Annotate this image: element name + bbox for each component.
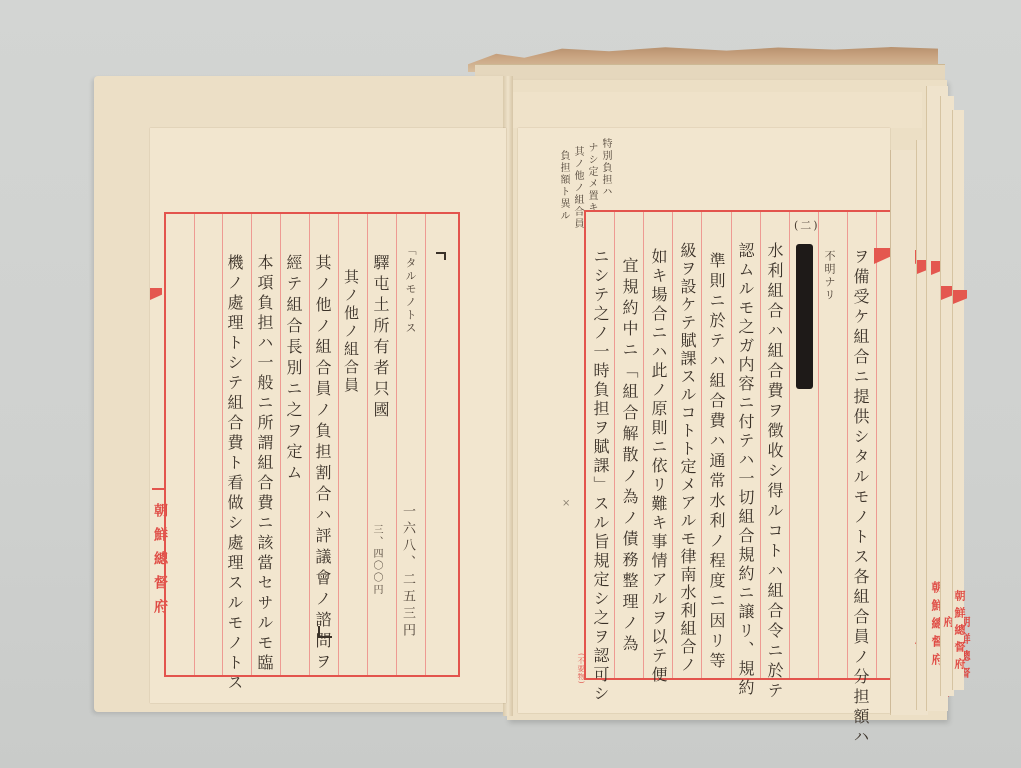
right-ruled-frame: ヲ備受ケ組合ニ提供シタルモノトス各組合員ノ分担額ハ 不明ナリ (二) 水利組合ハ… [584, 210, 890, 680]
amount-first: 一六八、二五三円 [401, 504, 414, 640]
column-rule [309, 214, 310, 675]
text-column-5: 經テ組合長別ニ之ヲ定ム [285, 254, 301, 485]
column-rule [731, 212, 732, 678]
column-rule [367, 214, 368, 675]
column-rule [847, 212, 848, 678]
column-rule [876, 212, 877, 678]
column-rule [760, 212, 761, 678]
text-column-9: ニシテ之ノ一時負担ヲ賦課」スル旨規定シ之ヲ認可シ [592, 248, 608, 704]
column-rule [396, 214, 397, 675]
column-rule [614, 212, 615, 678]
column-rule [789, 212, 790, 678]
column-rule [338, 214, 339, 675]
text-column-6: 本項負担ハ一般ニ所謂組合費ニ該當セサルモ臨 [256, 254, 272, 674]
column-rule [701, 212, 702, 678]
opening-bracket-mark [436, 252, 446, 260]
red-corner-tab [150, 288, 162, 300]
red-corner-tab [953, 290, 967, 304]
text-column-5: 準則ニ於テハ組合費ハ通常水利ノ程度ニ因リ等 [708, 252, 724, 672]
closing-bracket-mark [318, 626, 332, 638]
text-column-8: 宜規約中ニ「組合解散ノ為ノ債務整理ノ為 [621, 257, 637, 656]
right-sheet: 特別負担ハ ナシ定メ置キ 其ノ他ノ組合員 負担額ト異ル × (不要物) ヲ備受ケ… [518, 128, 890, 713]
marginal-note-line-3: 其ノ他ノ組合員 [572, 146, 582, 230]
marginal-note-line-4: 負担額ト異ル [558, 150, 568, 222]
text-column-1: ヲ備受ケ組合ニ提供シタルモノトス各組合員ノ分担額ハ [852, 248, 868, 748]
text-column-7: 如キ場合ニハ此ノ原則ニ依リ難キ事情アルヲ以テ便 [650, 248, 666, 685]
column-rule [425, 214, 426, 675]
marginal-note-line-2: ナシ定メ置キ [586, 142, 596, 214]
side-leaf-5: 朝鮮總督府 [952, 110, 964, 690]
column-rule [280, 214, 281, 675]
text-column-3: 水利組合ハ組合費ヲ徴收シ得ルコトハ組合令ニ於テ [766, 242, 782, 702]
amount-second: 三、四〇〇円 [371, 524, 381, 596]
right-underlay-sheet [512, 92, 922, 128]
text-column-7: 機ノ處理トシテ組合費ト看做シ處理スルモノトス [226, 254, 242, 694]
text-column-3: 其ノ他ノ組合員 [343, 269, 358, 395]
column-rule [194, 214, 195, 675]
marginal-note-line-1: 特別負担ハ [600, 138, 610, 198]
column-rule [643, 212, 644, 678]
left-sheet: 朝鮮總督府 「タルモノトス 驛屯土所有者只國 其ノ他ノ組合員 其ノ他ノ組合員ノ負… [150, 128, 506, 703]
marginal-note: 特別負担ハ ナシ定メ置キ 其ノ他ノ組合員 負担額ト異ル [556, 138, 616, 208]
column-rule [672, 212, 673, 678]
column-rule [818, 212, 819, 678]
printed-label: 朝鮮總督府 [951, 590, 967, 675]
redacted-block [796, 244, 813, 389]
text-column-2: 不明ナリ [824, 250, 835, 302]
left-ruled-frame: 「タルモノトス 驛屯土所有者只國 其ノ他ノ組合員 其ノ他ノ組合員ノ負担割合ハ評議… [164, 212, 460, 677]
left-red-tab-wrap [150, 288, 160, 304]
text-column-1: 「タルモノトス [405, 244, 416, 335]
text-column-6: 級ヲ設ケテ賦課スルコトト定メアルモ律南水利組合ノ [679, 242, 695, 674]
text-column-4: 其ノ他ノ組合員ノ負担割合ハ評議會ノ諮問ヲ [314, 254, 330, 674]
text-column-4: 認ムルモ之ガ内容ニ付テハ一切組合規約ニ譲リ、規約 [737, 242, 753, 698]
column-rule [251, 214, 252, 675]
pencil-mark: × [562, 498, 570, 509]
text-column-2: 驛屯土所有者只國 [372, 254, 388, 422]
section-number: (二) [794, 220, 820, 231]
column-rule [222, 214, 223, 675]
